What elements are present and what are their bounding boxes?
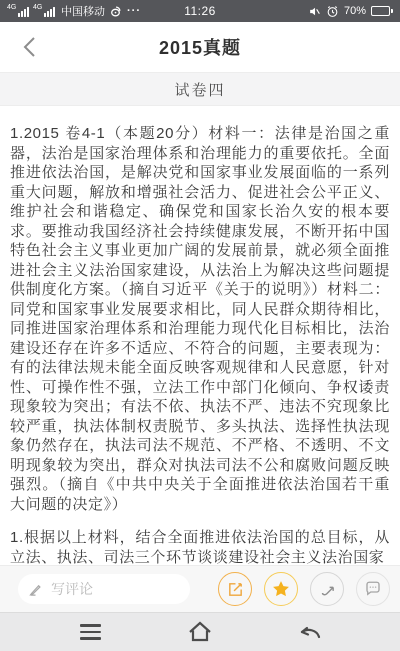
page-title: 2015真题 [159,34,241,60]
menu-icon [80,624,101,640]
star-icon [271,579,291,599]
comment-bubble-icon [364,580,382,598]
alarm-icon [326,5,339,18]
comment-toolbar [0,565,400,612]
comment-input-pill[interactable] [18,574,190,604]
question-prompt-text: 1.根据以上材料，结合全面推进依法治国的总目标，从立法、执法、司法三个环节谈谈建… [10,528,390,565]
more-notifications: ··· [127,5,141,17]
back-button[interactable] [14,32,44,62]
battery-percent: 70% [344,5,366,17]
compose-button[interactable] [218,572,252,606]
comment-input[interactable] [49,580,163,598]
back-icon [297,621,323,643]
home-icon [187,620,213,644]
android-nav-bar [0,612,400,651]
compose-icon [227,581,244,598]
question-material-text: 1.2015 卷4-1（本题20分）材料一：法律是治国之重器，法治是国家治理体系… [10,124,390,514]
mute-icon [308,5,321,18]
favorite-button[interactable] [264,572,298,606]
network-badge: 4G [7,4,16,12]
home-button[interactable] [182,617,218,647]
carrier-label: 中国移动 [61,3,105,19]
status-right: 70% [216,5,393,18]
nav-bar: 2015真题 [0,22,400,72]
back-nav-button[interactable] [292,617,328,647]
share-icon [319,581,336,598]
network-badge: 4G [33,4,42,12]
phone-screen: 4G 4G 中国移动 ··· 11:26 [0,0,400,651]
menu-button[interactable] [72,617,108,647]
section-title: 试卷四 [174,79,225,100]
battery-icon [371,6,393,16]
question-content: 1.2015 卷4-1（本题20分）材料一：法律是治国之重器，法治是国家治理体系… [0,106,400,565]
toolbar-buttons [218,572,390,606]
signal-icon: 4G [33,5,55,17]
pencil-icon [28,582,43,597]
section-header: 试卷四 [0,72,400,106]
status-bar: 4G 4G 中国移动 ··· 11:26 [0,0,400,22]
comments-button[interactable] [356,572,390,606]
status-left: 4G 4G 中国移动 ··· [7,3,184,19]
signal-icon: 4G [7,5,29,17]
share-button[interactable] [310,572,344,606]
weibo-icon [109,5,122,18]
chevron-left-icon [23,36,36,58]
status-time: 11:26 [184,4,216,18]
